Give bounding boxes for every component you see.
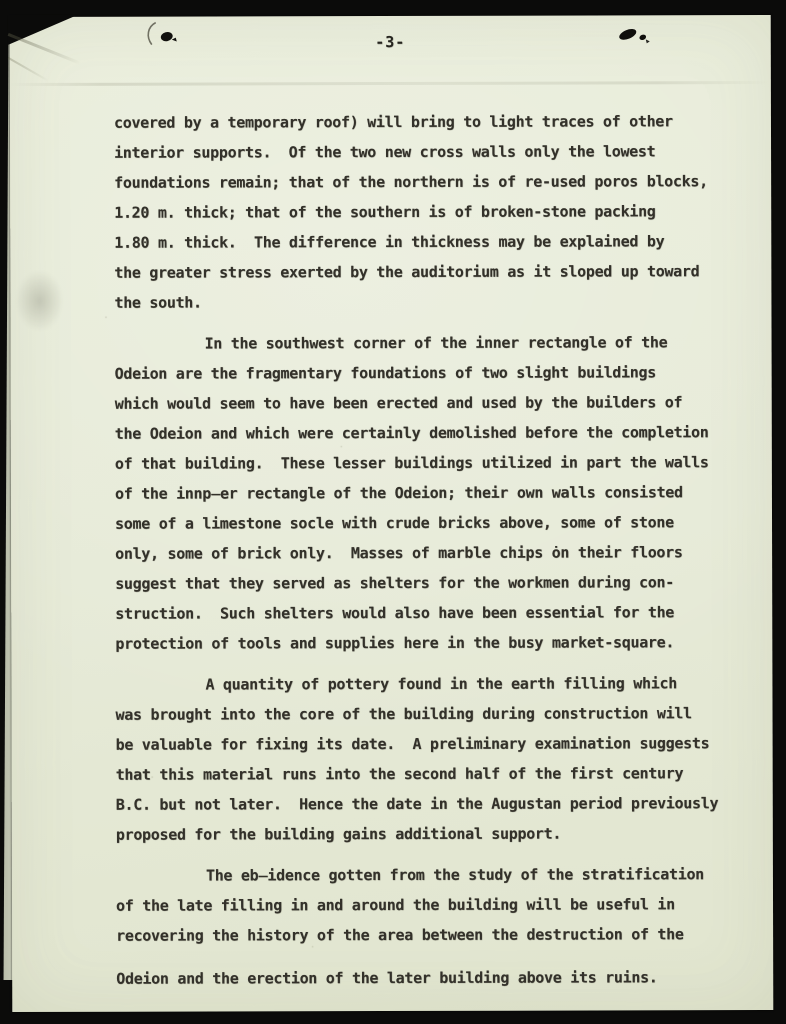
text-line: of the innp̶er rectangle of the Odeion; … (115, 477, 733, 509)
text-line: Odeion and the erection of the later bui… (116, 962, 734, 994)
paragraph: covered by a temporary roof) will bring … (114, 106, 733, 318)
text-line: The eb̶idence gotten from the study of t… (116, 859, 734, 891)
text-line: A quantity of pottery found in the earth… (115, 668, 733, 700)
text-line: which would seem to have been erected an… (115, 387, 733, 419)
corner-fold-line-2 (8, 57, 49, 82)
text-line: struction. Such shelters would also have… (115, 597, 733, 629)
text-line: only, some of brick only. Masses of marb… (115, 537, 733, 569)
text-line: some of a limestone socle with crude bri… (115, 507, 733, 539)
text-line: that this material runs into the second … (116, 758, 734, 790)
text-line: foundations remain; that of the northern… (114, 166, 732, 198)
text-line: Odeion are the fragmentary foundations o… (115, 357, 733, 389)
scanned-page-view: -3- covered by a temporary roof) will br… (0, 0, 786, 1024)
typewritten-text: covered by a temporary roof) will bring … (114, 106, 734, 1005)
paragraph: The eb̶idence gotten from the study of t… (116, 859, 734, 994)
paragraph: In the southwest corner of the inner rec… (115, 327, 734, 659)
text-line: suggest that they served as shelters for… (115, 567, 733, 599)
text-line: covered by a temporary roof) will bring … (114, 106, 732, 138)
text-line: 1.80 m. thick. The difference in thickne… (114, 226, 732, 258)
text-line: of that building. These lesser buildings… (115, 447, 733, 479)
text-line: 1.20 m. thick; that of the southern is o… (114, 196, 732, 228)
text-line: was brought into the core of the buildin… (115, 698, 733, 730)
text-line: B.C. but not later. Hence the date in th… (116, 788, 734, 820)
page-number: -3- (10, 32, 771, 52)
text-line: of the late filling in and around the bu… (116, 889, 734, 921)
text-line: be valuable for fixing its date. A preli… (116, 728, 734, 760)
text-line: In the southwest corner of the inner rec… (115, 327, 733, 359)
text-line: interior supports. Of the two new cross … (114, 136, 732, 168)
margin-smudge (14, 269, 64, 333)
text-line: recovering the history of the area betwe… (116, 919, 734, 951)
text-line: proposed for the building gains addition… (116, 818, 734, 850)
document-page: -3- covered by a temporary roof) will br… (10, 15, 774, 1012)
text-line: protection of tools and supplies here in… (115, 627, 733, 659)
text-line: the greater stress exerted by the audito… (114, 256, 732, 288)
paragraph: A quantity of pottery found in the earth… (115, 668, 733, 850)
text-line: the Odeion and which were certainly demo… (115, 417, 733, 449)
text-line: the south. (114, 286, 732, 318)
paper-speckles (10, 17, 11, 18)
paper-crease (10, 81, 771, 86)
